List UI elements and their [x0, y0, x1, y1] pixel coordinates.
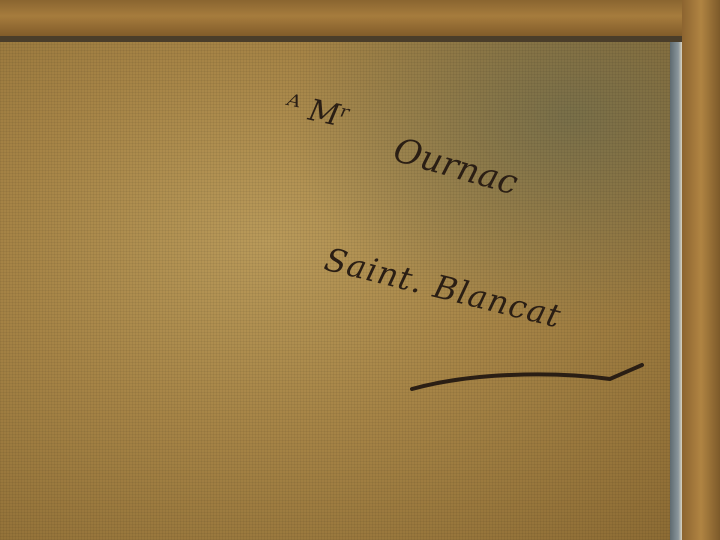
frame-inner-bevel	[0, 36, 690, 42]
underline-flourish	[410, 355, 650, 395]
wooden-frame-right	[682, 0, 720, 540]
wooden-frame-top	[0, 0, 720, 40]
